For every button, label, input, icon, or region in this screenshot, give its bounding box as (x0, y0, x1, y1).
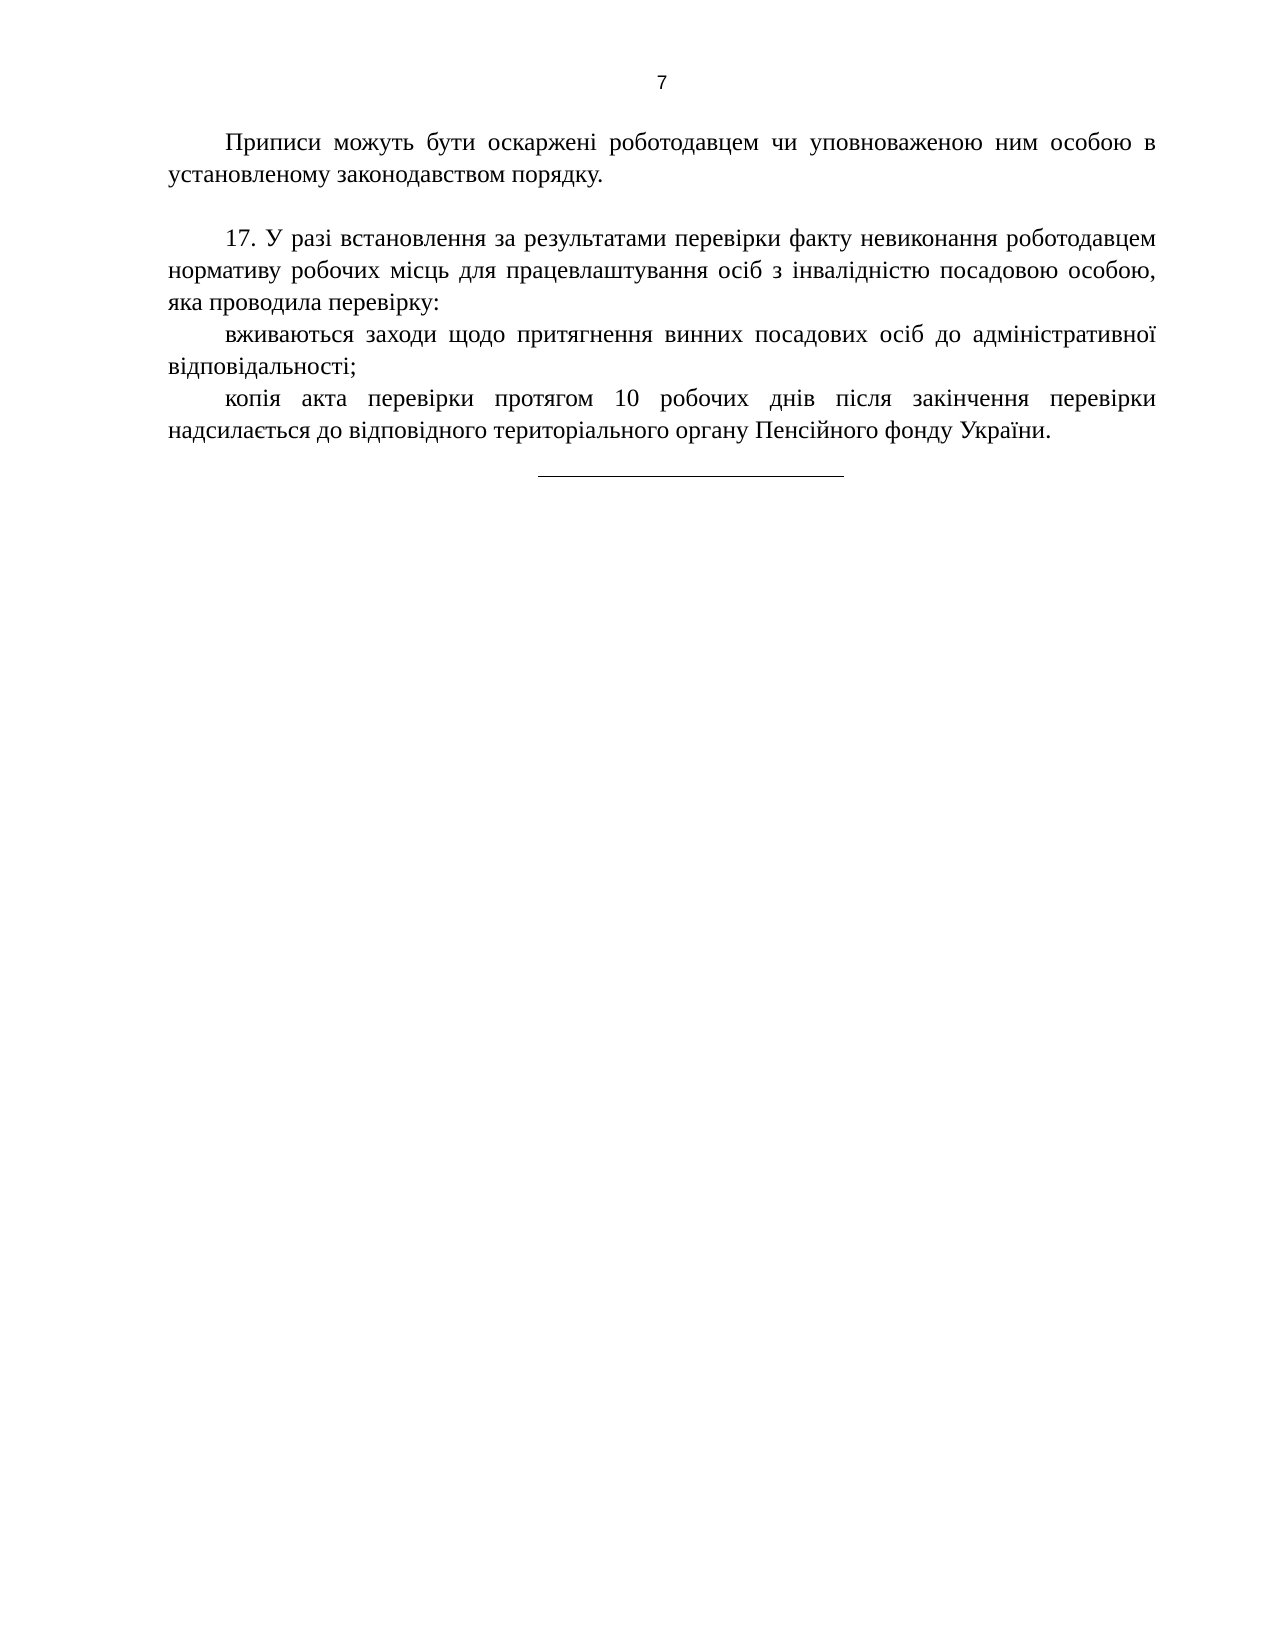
page-number: 7 (0, 70, 1275, 98)
paragraph-spacer (168, 190, 1156, 222)
end-of-document-rule (538, 476, 844, 477)
paragraph-administrative-liability: вживаються заходи щодо притягнення винни… (168, 318, 1156, 382)
paragraph-item-17: 17. У разі встановлення за результатами … (168, 222, 1156, 318)
paragraph-act-copy-pension-fund: копія акта перевірки протягом 10 робочих… (168, 382, 1156, 446)
document-body: Приписи можуть бути оскаржені роботодавц… (168, 126, 1156, 477)
paragraph-appeal-of-orders: Приписи можуть бути оскаржені роботодавц… (168, 126, 1156, 190)
